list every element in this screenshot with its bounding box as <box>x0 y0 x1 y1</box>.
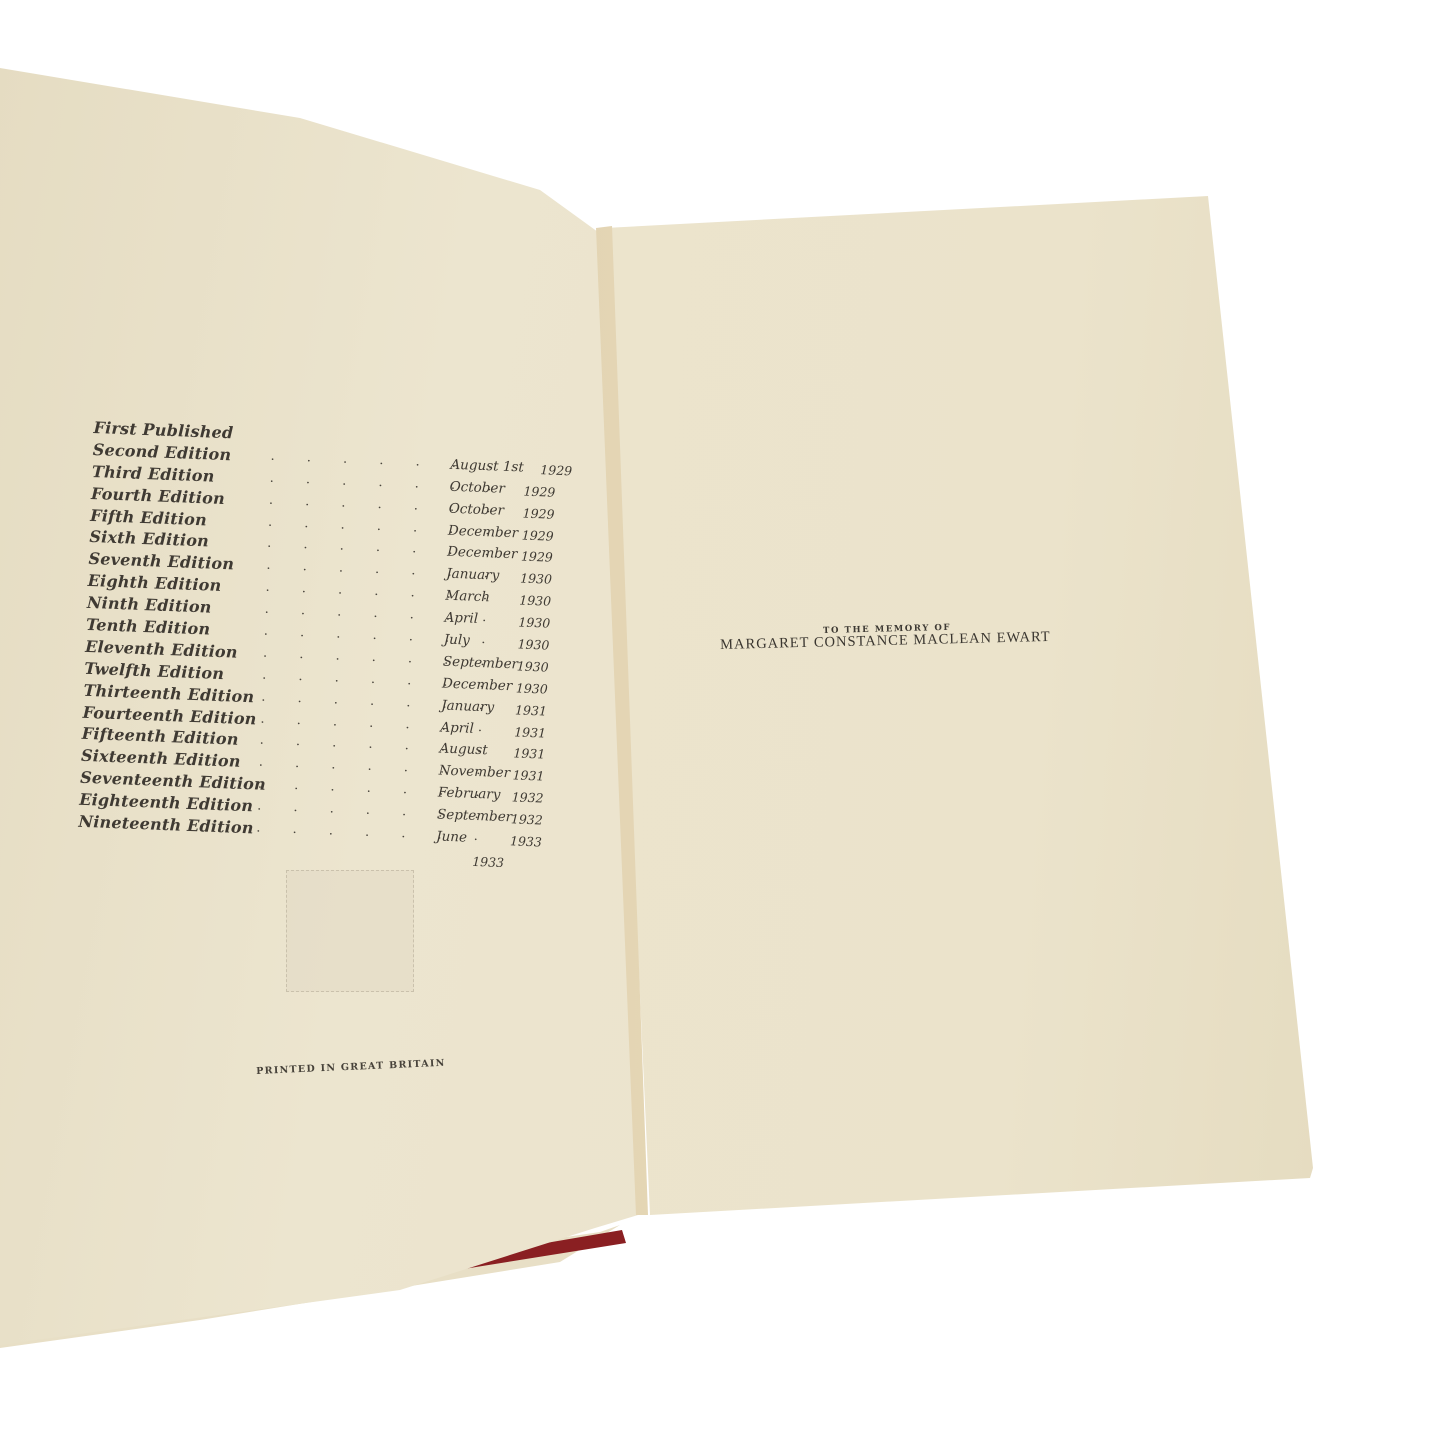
edition-year: 1930 <box>517 636 549 652</box>
edition-year: 1930 <box>519 593 551 609</box>
open-book: First Published Second Edition . . . . .… <box>0 0 1445 1445</box>
edition-year: 1929 <box>522 527 554 543</box>
edition-year: 1933 <box>472 854 504 870</box>
edition-name: Second Edition <box>92 440 231 464</box>
edition-name: Third Edition <box>92 462 215 486</box>
edition-year: 1932 <box>511 811 543 827</box>
edition-year: 1931 <box>515 702 547 718</box>
edition-month: February <box>438 785 501 803</box>
edition-month: January <box>441 697 495 715</box>
edition-month: April <box>444 610 478 627</box>
edition-year: 1929 <box>540 462 572 478</box>
edition-month: April <box>440 719 474 736</box>
edition-month: December <box>448 522 519 541</box>
edition-month: September <box>443 653 519 672</box>
edition-name: Eighth Edition <box>87 571 221 595</box>
edition-name: Twelfth Edition <box>84 659 225 683</box>
edition-month: July <box>443 632 470 649</box>
edition-year: 1929 <box>523 483 555 499</box>
edition-year: 1930 <box>520 571 552 587</box>
edition-month: October <box>448 500 504 518</box>
edition-name: Fourth Edition <box>91 484 225 508</box>
edition-year: 1930 <box>517 658 549 674</box>
edition-name: Ninth Edition <box>87 593 212 617</box>
faded-publisher-device <box>286 870 414 992</box>
edition-year: 1931 <box>514 724 546 740</box>
edition-month: October <box>449 478 505 496</box>
edition-year: 1929 <box>522 505 554 521</box>
edition-year: 1933 <box>510 833 542 849</box>
edition-name: Sixth Edition <box>89 527 209 551</box>
edition-name: Tenth Edition <box>86 615 211 639</box>
edition-month: December <box>447 544 518 563</box>
edition-month: August <box>439 741 488 759</box>
edition-year: 1931 <box>512 768 544 784</box>
edition-month: August 1st <box>450 457 524 476</box>
edition-year: 1930 <box>518 615 550 631</box>
edition-year: 1929 <box>521 549 553 565</box>
edition-history-list: First Published Second Edition . . . . .… <box>77 418 593 875</box>
edition-year: 1932 <box>511 790 543 806</box>
edition-month: January <box>446 566 500 584</box>
edition-year: 1931 <box>513 746 545 762</box>
edition-month: June <box>436 828 467 845</box>
edition-name: First Published <box>93 418 233 442</box>
edition-year: 1930 <box>516 680 548 696</box>
edition-month: November <box>438 763 510 782</box>
edition-month: September <box>437 807 513 826</box>
edition-month: December <box>442 675 513 694</box>
edition-month: March <box>445 588 490 606</box>
edition-name: Fifth Edition <box>90 505 207 528</box>
